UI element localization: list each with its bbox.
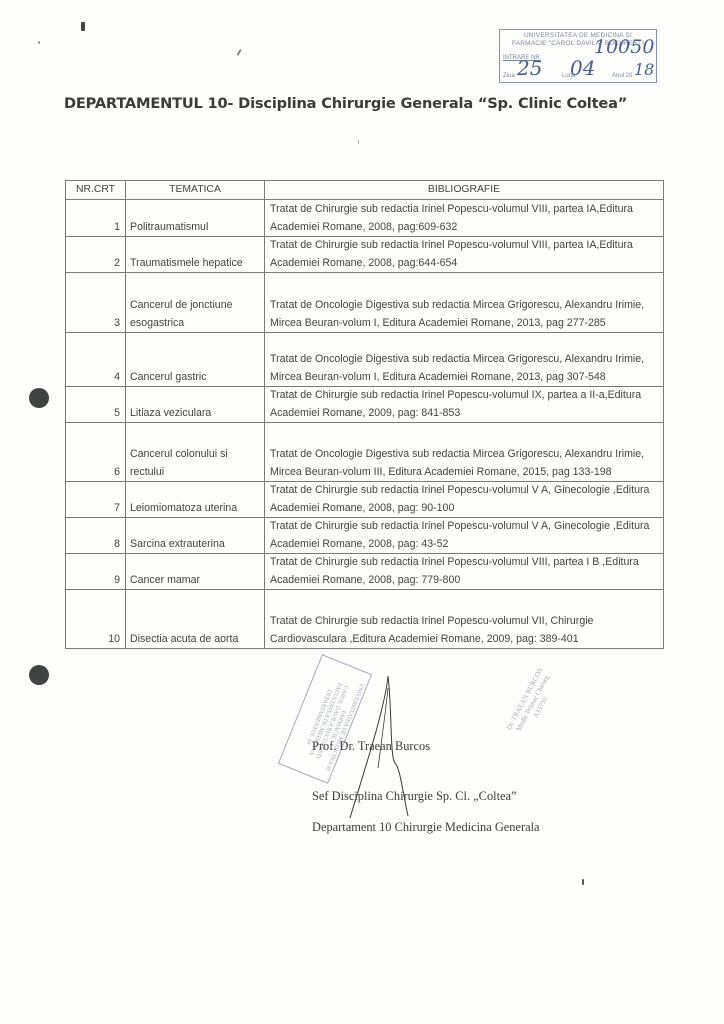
doctor-stamp-line: Medic Primar Chirurg — [503, 653, 563, 754]
table-row: 9Cancer mamarTratat de Chirurgie sub red… — [66, 554, 664, 590]
day-handwritten: 25 — [517, 56, 542, 80]
row-bibliografie: Tratat de Chirurgie sub redactia Irinel … — [265, 387, 664, 423]
row-bibliografie: Tratat de Oncologie Digestiva sub redact… — [265, 273, 664, 333]
scan-speck — [358, 140, 359, 144]
entry-number-handwritten: 10050 — [594, 36, 654, 58]
row-tematica: Disectia acuta de aorta — [126, 590, 265, 649]
scan-speck — [38, 41, 40, 44]
row-number: 6 — [66, 423, 126, 482]
signatory-department: Departament 10 Chirurgie Medicina Genera… — [312, 820, 540, 835]
row-tematica: Cancerul colonului si rectului — [126, 423, 265, 482]
stamp-day-label: Ziua — [503, 72, 515, 80]
stamp-year-label: Anul 20 — [612, 72, 632, 80]
row-tematica: Leiomiomatoza uterina — [126, 482, 265, 518]
row-bibliografie: Tratat de Chirurgie sub redactia Irinel … — [265, 518, 664, 554]
punch-hole — [29, 388, 49, 408]
row-number: 4 — [66, 333, 126, 387]
header-bibliografie: BIBLIOGRAFIE — [265, 181, 664, 200]
tematica-table: NR.CRT TEMATICA BIBLIOGRAFIE 1Politrauma… — [65, 180, 664, 649]
header-tematica: TEMATICA — [126, 181, 265, 200]
row-bibliografie: Tratat de Chirurgie sub redactia Irinel … — [265, 482, 664, 518]
table-row: 4Cancerul gastricTratat de Oncologie Dig… — [66, 333, 664, 387]
table-header-row: NR.CRT TEMATICA BIBLIOGRAFIE — [66, 181, 664, 200]
table-row: 8Sarcina extrauterinaTratat de Chirurgie… — [66, 518, 664, 554]
row-number: 9 — [66, 554, 126, 590]
table-row: 1PolitraumatismulTratat de Chirurgie sub… — [66, 200, 664, 237]
year-handwritten: 18 — [634, 60, 654, 79]
doctor-stamp: Dr. TRAEAN BURCOS Medic Primar Chirurg A… — [495, 649, 570, 759]
scan-speck — [236, 49, 241, 56]
table-row: 5Litiaza vezicularaTratat de Chirurgie s… — [66, 387, 664, 423]
scan-speck — [582, 879, 584, 885]
row-tematica: Sarcina extrauterina — [126, 518, 265, 554]
scan-speck — [81, 22, 85, 31]
row-number: 8 — [66, 518, 126, 554]
table-row: 10Disectia acuta de aortaTratat de Chiru… — [66, 590, 664, 649]
row-bibliografie: Tratat de Chirurgie sub redactia Irinel … — [265, 237, 664, 273]
row-number: 7 — [66, 482, 126, 518]
table-row: 7Leiomiomatoza uterinaTratat de Chirurgi… — [66, 482, 664, 518]
row-tematica: Cancerul gastric — [126, 333, 265, 387]
table-row: 3Cancerul de jonctiune esogastricaTratat… — [66, 273, 664, 333]
row-number: 3 — [66, 273, 126, 333]
punch-hole — [29, 665, 49, 685]
month-handwritten: 04 — [570, 56, 595, 80]
signatory-role: Sef Disciplina Chirurgie Sp. Cl. „Coltea… — [312, 789, 517, 804]
row-number: 5 — [66, 387, 126, 423]
row-number: 10 — [66, 590, 126, 649]
table-row: 6Cancerul colonului si rectuluiTratat de… — [66, 423, 664, 482]
row-tematica: Traumatismele hepatice — [126, 237, 265, 273]
row-bibliografie: Tratat de Chirurgie sub redactia Irinel … — [265, 200, 664, 237]
row-bibliografie: Tratat de Chirurgie sub redactia Irinel … — [265, 554, 664, 590]
table-row: 2Traumatismele hepaticeTratat de Chirurg… — [66, 237, 664, 273]
signatory-name: Prof. Dr. Traean Burcos — [312, 739, 430, 754]
row-tematica: Cancerul de jonctiune esogastrica — [126, 273, 265, 333]
document-title: DEPARTAMENTUL 10- Disciplina Chirurgie G… — [64, 95, 684, 112]
header-nr-crt: NR.CRT — [66, 181, 126, 200]
row-bibliografie: Tratat de Oncologie Digestiva sub redact… — [265, 333, 664, 387]
row-number: 1 — [66, 200, 126, 237]
row-tematica: Litiaza veziculara — [126, 387, 265, 423]
row-tematica: Politraumatismul — [126, 200, 265, 237]
row-bibliografie: Tratat de Chirurgie sub redactia Irinel … — [265, 590, 664, 649]
row-bibliografie: Tratat de Oncologie Digestiva sub redact… — [265, 423, 664, 482]
row-tematica: Cancer mamar — [126, 554, 265, 590]
row-number: 2 — [66, 237, 126, 273]
